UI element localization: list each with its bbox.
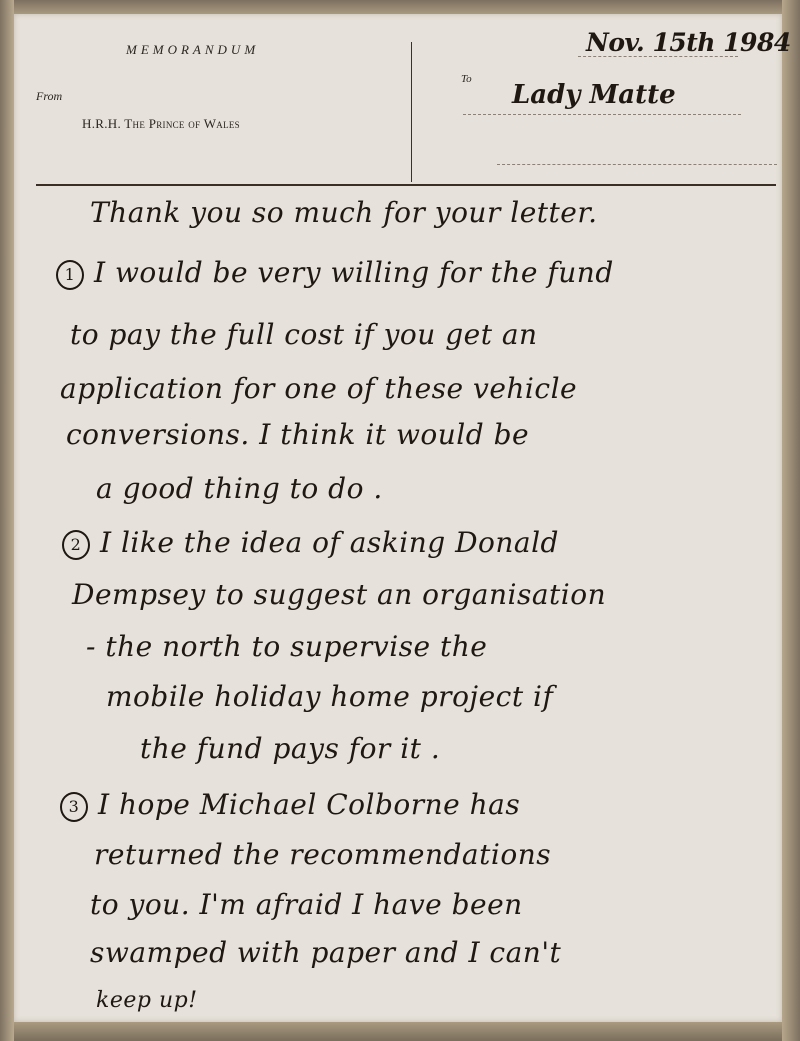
body-line: application for one of these vehicle (60, 372, 577, 405)
frame-edge-bottom (0, 1022, 800, 1041)
from-label: From (36, 89, 62, 104)
to-dotted-line-1 (463, 114, 741, 115)
frame-edge-top (0, 0, 800, 14)
body-line: Dempsey to suggest an organisation (72, 578, 606, 611)
frame-edge-left (0, 0, 14, 1041)
memo-title: MEMORANDUM (126, 42, 259, 58)
handwritten-date: Nov. 15th 1984 (586, 28, 791, 57)
body-line: a good thing to do . (96, 472, 383, 505)
body-line: mobile holiday home project if (106, 680, 553, 713)
body-line-point-3: 3I hope Michael Colborne has (60, 788, 520, 822)
to-label: To (461, 73, 472, 85)
point-number-badge: 2 (62, 530, 90, 560)
header-horizontal-divider (36, 184, 776, 186)
body-line: Thank you so much for your letter. (90, 196, 598, 229)
body-line: keep up! (96, 988, 198, 1013)
body-line-point-1: 1I would be very willing for the fund (56, 256, 614, 290)
point-number-badge: 1 (56, 260, 84, 290)
body-line: conversions. I think it would be (66, 418, 529, 451)
body-line: swamped with paper and I can't (90, 936, 561, 969)
handwritten-recipient: Lady Matte (512, 80, 676, 110)
body-line: returned the recommendations (94, 838, 551, 871)
point-number-badge: 3 (60, 792, 88, 822)
body-line: - the north to supervise the (86, 630, 487, 663)
header-vertical-divider (411, 42, 412, 182)
frame-edge-right (782, 0, 800, 1041)
body-line-point-2: 2I like the idea of asking Donald (62, 526, 559, 560)
to-dotted-line-2 (497, 164, 777, 165)
body-line: the fund pays for it . (140, 732, 440, 765)
body-line: to pay the full cost if you get an (70, 318, 538, 351)
body-line: to you. I'm afraid I have been (90, 888, 523, 921)
from-value: H.R.H. The Prince of Wales (82, 116, 240, 132)
